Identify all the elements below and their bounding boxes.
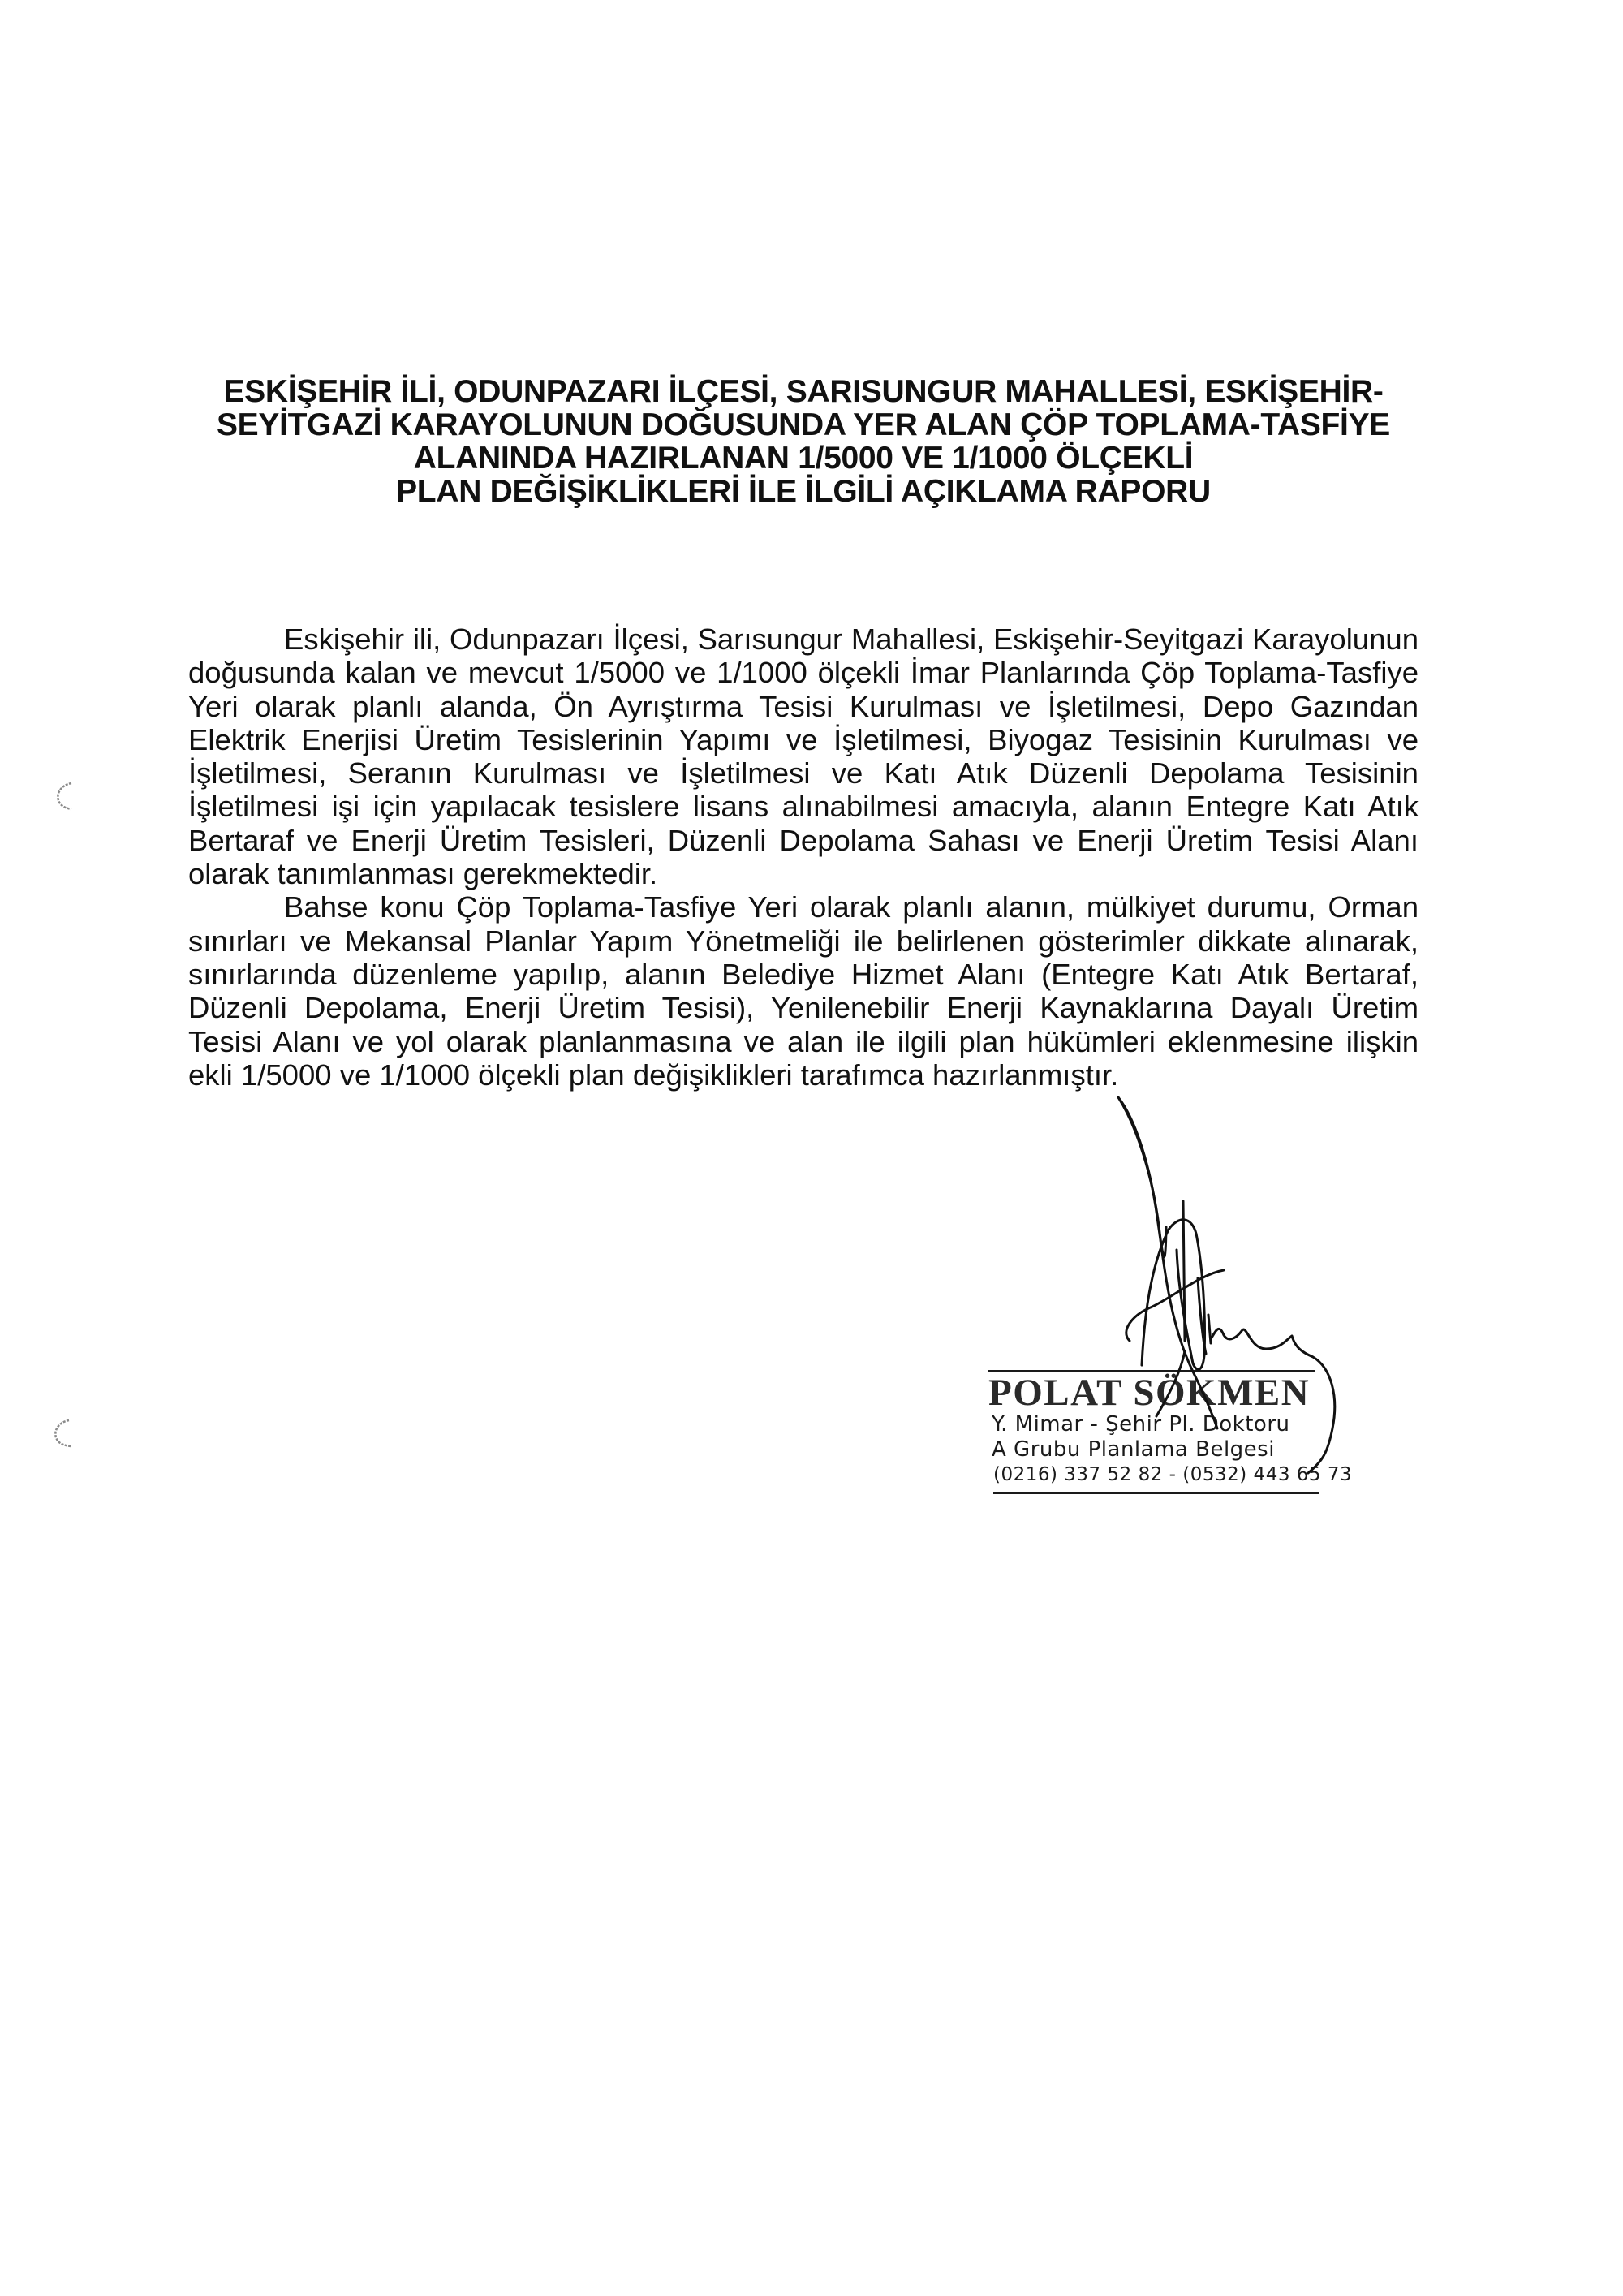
stamp-bottom-rule (993, 1492, 1319, 1494)
stamp-certificate: A Grubu Planlama Belgesi (992, 1437, 1275, 1462)
stamp-title: Y. Mimar - Şehir Pl. Doktoru (992, 1412, 1290, 1437)
document-body: Eskişehir ili, Odunpazarı İlçesi, Sarısu… (188, 622, 1419, 1092)
title-line: SEYİTGAZİ KARAYOLUNUN DOĞUSUNDA YER ALAN… (187, 408, 1420, 442)
punch-hole-mark-icon (47, 779, 80, 812)
body-paragraph: Bahse konu Çöp Toplama-Tasfiye Yeri olar… (188, 890, 1419, 1092)
stamp-phone: (0216) 337 52 82 - (0532) 443 65 73 (993, 1462, 1352, 1487)
title-line: PLAN DEĞİŞİKLİKLERİ İLE İLGİLİ AÇIKLAMA … (187, 475, 1420, 508)
handwritten-signature-icon (0, 0, 1623, 2296)
stamp-name: POLAT SÖKMEN (988, 1373, 1310, 1412)
document-page: ESKİŞEHİR İLİ, ODUNPAZARI İLÇESİ, SARISU… (0, 0, 1623, 2296)
title-line: ESKİŞEHİR İLİ, ODUNPAZARI İLÇESİ, SARISU… (187, 375, 1420, 408)
punch-hole-mark-icon (45, 1416, 77, 1449)
title-line: ALANINDA HAZIRLANAN 1/5000 VE 1/1000 ÖLÇ… (187, 442, 1420, 475)
body-paragraph: Eskişehir ili, Odunpazarı İlçesi, Sarısu… (188, 622, 1419, 890)
document-title: ESKİŞEHİR İLİ, ODUNPAZARI İLÇESİ, SARISU… (187, 375, 1420, 508)
